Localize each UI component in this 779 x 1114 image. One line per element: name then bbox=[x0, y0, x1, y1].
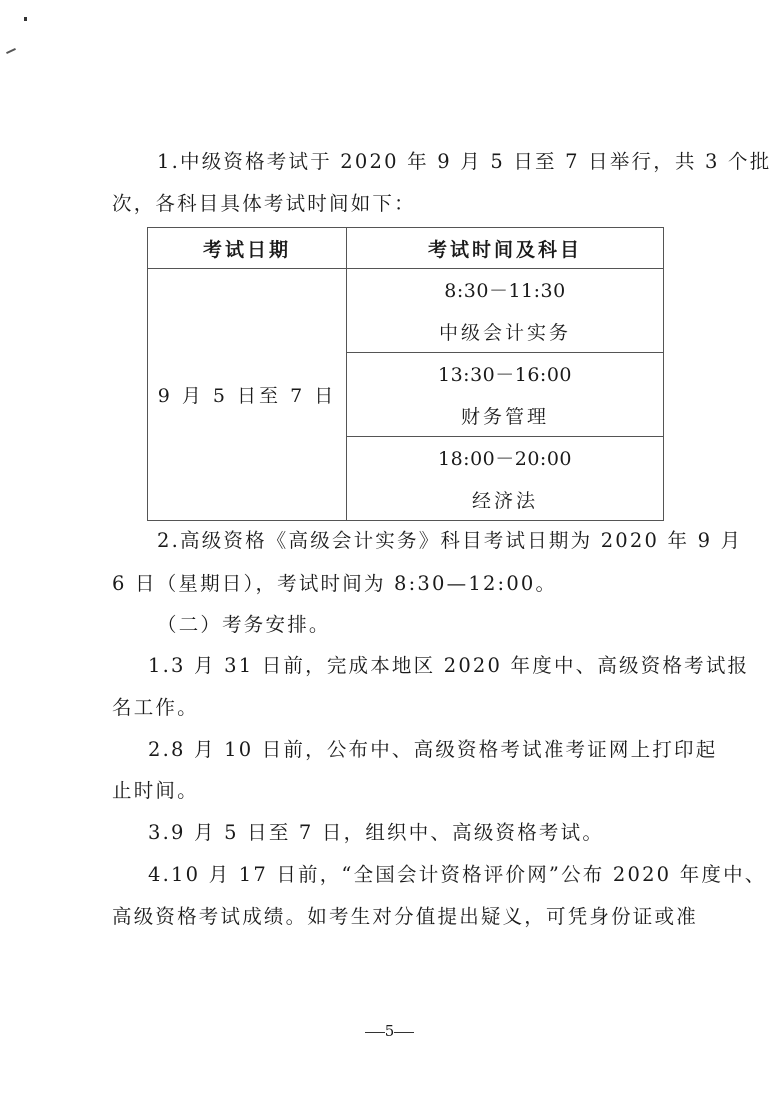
exam-slot-cell: 8:30－11:30 中级会计实务 bbox=[347, 269, 664, 353]
exam-slot-cell: 13:30－16:00 财务管理 bbox=[347, 353, 664, 437]
slot-subject: 经济法 bbox=[347, 488, 663, 514]
slot-subject: 中级会计实务 bbox=[347, 320, 663, 346]
page-number: 5 bbox=[0, 1022, 779, 1040]
dash-decoration bbox=[365, 1032, 385, 1033]
header-exam-time-subject: 考试时间及科目 bbox=[347, 228, 664, 269]
slot-time: 8:30－11:30 bbox=[347, 278, 663, 304]
slot-subject: 财务管理 bbox=[347, 404, 663, 430]
exam-schedule-table: 考试日期 考试时间及科目 9 月 5 日至 7 日 8:30－11:30 中级会… bbox=[147, 227, 664, 521]
scan-artifact-mark bbox=[24, 17, 27, 21]
exam-date-cell: 9 月 5 日至 7 日 bbox=[148, 269, 347, 521]
scan-artifact-mark bbox=[6, 48, 16, 54]
dash-decoration bbox=[394, 1032, 414, 1033]
slot-time: 18:00－20:00 bbox=[347, 446, 663, 472]
header-exam-date: 考试日期 bbox=[148, 228, 347, 269]
exam-slot-cell: 18:00－20:00 经济法 bbox=[347, 437, 664, 521]
table-row: 9 月 5 日至 7 日 8:30－11:30 中级会计实务 bbox=[148, 269, 664, 353]
table-header-row: 考试日期 考试时间及科目 bbox=[148, 228, 664, 269]
slot-time: 13:30－16:00 bbox=[347, 362, 663, 388]
